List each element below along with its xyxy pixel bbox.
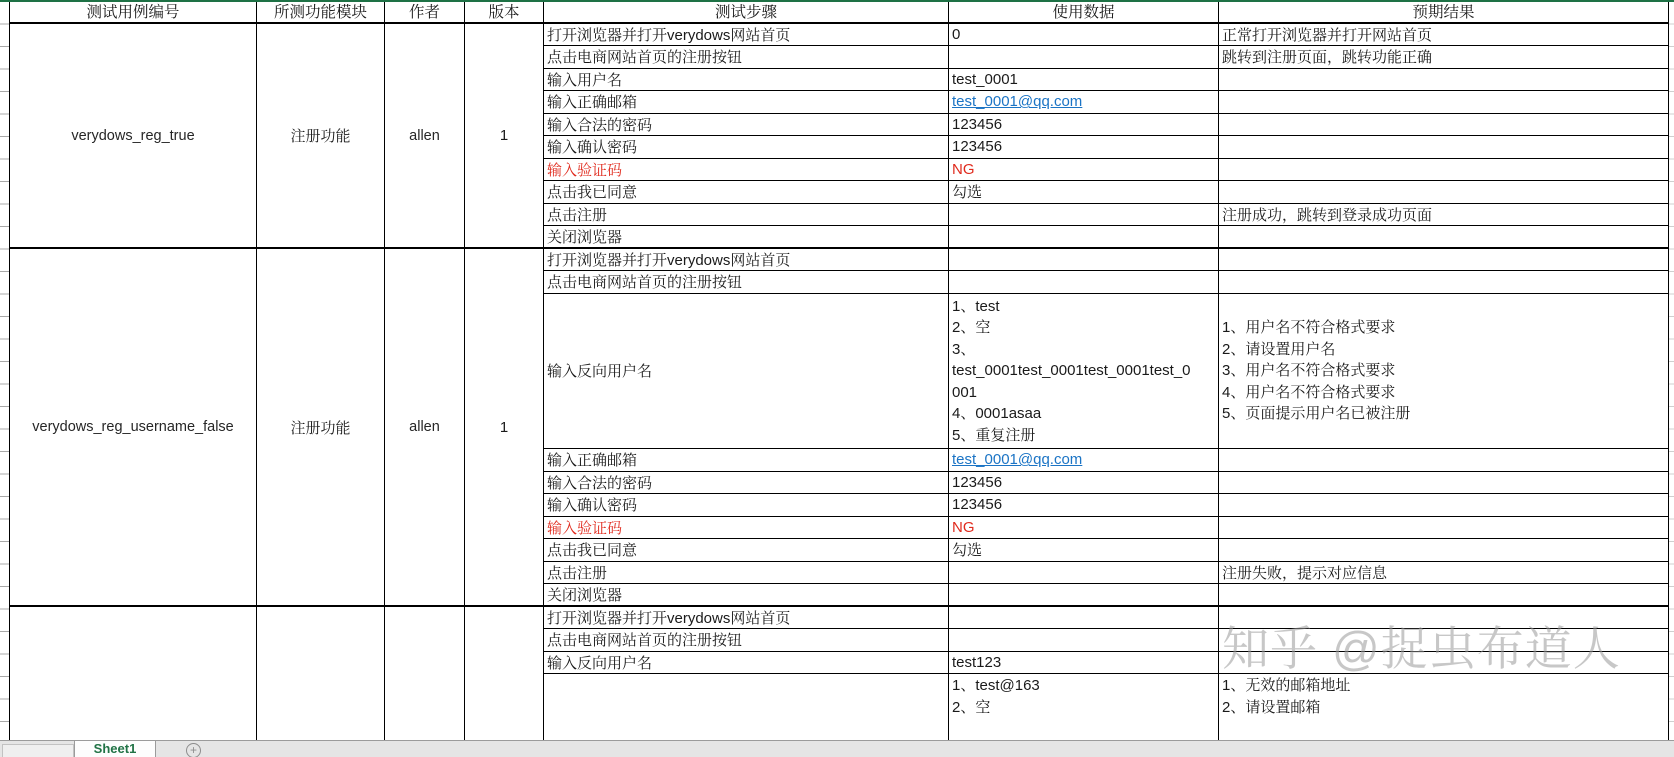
data-cell[interactable] [949,248,1219,271]
expected-cell[interactable] [1219,584,1669,607]
data-cell[interactable]: 123456 [949,494,1219,517]
expected-cell[interactable] [1219,113,1669,136]
step-cell[interactable]: 输入验证码 [544,516,949,539]
step-cell[interactable]: 输入合法的密码 [544,471,949,494]
data-cell[interactable]: test123 [949,651,1219,674]
step-cell[interactable]: 输入反向用户名 [544,293,949,449]
sheet-tab-bar: Sheet1 [0,740,1674,757]
data-cell[interactable]: test_0001@qq.com [949,91,1219,114]
step-cell[interactable]: 输入反向用户名 [544,651,949,674]
data-cell[interactable] [949,271,1219,294]
row-header-gutter [0,2,9,740]
sheet-tab-label: Sheet1 [94,741,137,756]
expected-cell[interactable] [1219,68,1669,91]
data-cell[interactable]: 123456 [949,136,1219,159]
right-grid-edge [1669,2,1674,740]
expected-cell[interactable] [1219,516,1669,539]
add-sheet-button[interactable] [186,743,202,757]
expected-cell[interactable] [1219,471,1669,494]
version-cell[interactable] [465,606,544,745]
expected-cell[interactable]: 注册失败，提示对应信息 [1219,561,1669,584]
email-link[interactable]: test_0001@qq.com [952,451,1082,468]
expected-cell[interactable] [1219,271,1669,294]
data-cell[interactable] [949,629,1219,652]
expected-cell[interactable] [1219,91,1669,114]
col-header-data[interactable]: 使用数据 [949,0,1219,23]
data-cell[interactable]: 1、test 2、空 3、 test_0001test_0001test_000… [949,293,1219,449]
step-cell[interactable]: 点击注册 [544,561,949,584]
table-row: verydows_reg_true 注册功能 allen 1 打开浏览器并打开v… [10,23,1669,46]
expected-cell[interactable]: 正常打开浏览器并打开网站首页 [1219,23,1669,46]
step-cell[interactable]: 输入用户名 [544,68,949,91]
author-cell[interactable]: allen [385,23,465,248]
expected-cell[interactable] [1219,449,1669,472]
col-header-author[interactable]: 作者 [385,0,465,23]
step-cell[interactable]: 关闭浏览器 [544,584,949,607]
step-cell[interactable]: 输入合法的密码 [544,113,949,136]
module-cell[interactable]: 注册功能 [257,23,385,248]
data-cell[interactable]: 1、test@163 2、空 [949,674,1219,745]
spreadsheet-screen: 测试用例编号 所测功能模块 作者 版本 测试步骤 使用数据 预期结果 veryd… [0,0,1674,757]
expected-cell[interactable] [1219,181,1669,204]
expected-cell[interactable] [1219,158,1669,181]
data-cell[interactable]: test_0001@qq.com [949,449,1219,472]
expected-cell[interactable]: 1、用户名不符合格式要求 2、请设置用户名 3、用户名不符合格式要求 4、用户名… [1219,293,1669,449]
step-cell[interactable]: 点击我已同意 [544,539,949,562]
case-id-cell[interactable] [10,606,257,745]
data-cell[interactable] [949,226,1219,249]
data-cell[interactable]: 勾选 [949,539,1219,562]
data-cell[interactable]: test_0001 [949,68,1219,91]
data-cell[interactable] [949,203,1219,226]
expected-cell[interactable] [1219,248,1669,271]
version-cell[interactable]: 1 [465,248,544,606]
step-cell[interactable]: 点击注册 [544,203,949,226]
expected-cell[interactable] [1219,494,1669,517]
step-cell[interactable]: 点击电商网站首页的注册按钮 [544,46,949,69]
expected-cell[interactable] [1219,226,1669,249]
watermark: 知乎 @捉虫布道人 [1222,612,1621,679]
expected-cell[interactable] [1219,136,1669,159]
tab-scroll-area[interactable] [2,744,74,757]
data-cell[interactable]: 123456 [949,471,1219,494]
top-accent-line [0,0,1674,2]
expected-cell[interactable]: 跳转到注册页面，跳转功能正确 [1219,46,1669,69]
step-cell[interactable] [544,674,949,745]
data-cell[interactable]: NG [949,516,1219,539]
step-cell[interactable]: 打开浏览器并打开verydows网站首页 [544,606,949,629]
data-cell[interactable]: 0 [949,23,1219,46]
module-cell[interactable] [257,606,385,745]
step-cell[interactable]: 输入确认密码 [544,136,949,159]
header-row: 测试用例编号 所测功能模块 作者 版本 测试步骤 使用数据 预期结果 [10,0,1669,23]
author-cell[interactable]: allen [385,248,465,606]
step-cell[interactable]: 输入正确邮箱 [544,449,949,472]
version-cell[interactable]: 1 [465,23,544,248]
sheet-tab-sheet1[interactable]: Sheet1 [74,741,156,757]
email-link[interactable]: test_0001@qq.com [952,93,1082,110]
module-cell[interactable]: 注册功能 [257,248,385,606]
col-header-module[interactable]: 所测功能模块 [257,0,385,23]
col-header-expected[interactable]: 预期结果 [1219,0,1669,23]
step-cell[interactable]: 点击我已同意 [544,181,949,204]
data-cell[interactable]: 勾选 [949,181,1219,204]
step-cell[interactable]: 输入确认密码 [544,494,949,517]
col-header-version[interactable]: 版本 [465,0,544,23]
step-cell[interactable]: 关闭浏览器 [544,226,949,249]
expected-cell[interactable] [1219,539,1669,562]
step-cell[interactable]: 点击电商网站首页的注册按钮 [544,629,949,652]
expected-cell[interactable]: 1、无效的邮箱地址 2、请设置邮箱 [1219,674,1669,745]
data-cell[interactable] [949,584,1219,607]
data-cell[interactable] [949,606,1219,629]
add-sheet-icon [186,743,201,757]
case-id-cell[interactable]: verydows_reg_username_false [10,248,257,606]
expected-cell[interactable]: 注册成功，跳转到登录成功页面 [1219,203,1669,226]
step-cell[interactable]: 点击电商网站首页的注册按钮 [544,271,949,294]
step-cell[interactable]: 打开浏览器并打开verydows网站首页 [544,248,949,271]
col-header-steps[interactable]: 测试步骤 [544,0,949,23]
data-cell[interactable]: NG [949,158,1219,181]
step-cell[interactable]: 输入验证码 [544,158,949,181]
col-header-case-id[interactable]: 测试用例编号 [10,0,257,23]
case-id-cell[interactable]: verydows_reg_true [10,23,257,248]
data-cell[interactable] [949,46,1219,69]
data-cell[interactable]: 123456 [949,113,1219,136]
table-row: verydows_reg_username_false 注册功能 allen 1… [10,248,1669,271]
author-cell[interactable] [385,606,465,745]
step-cell[interactable]: 输入正确邮箱 [544,91,949,114]
step-cell[interactable]: 打开浏览器并打开verydows网站首页 [544,23,949,46]
data-cell[interactable] [949,561,1219,584]
